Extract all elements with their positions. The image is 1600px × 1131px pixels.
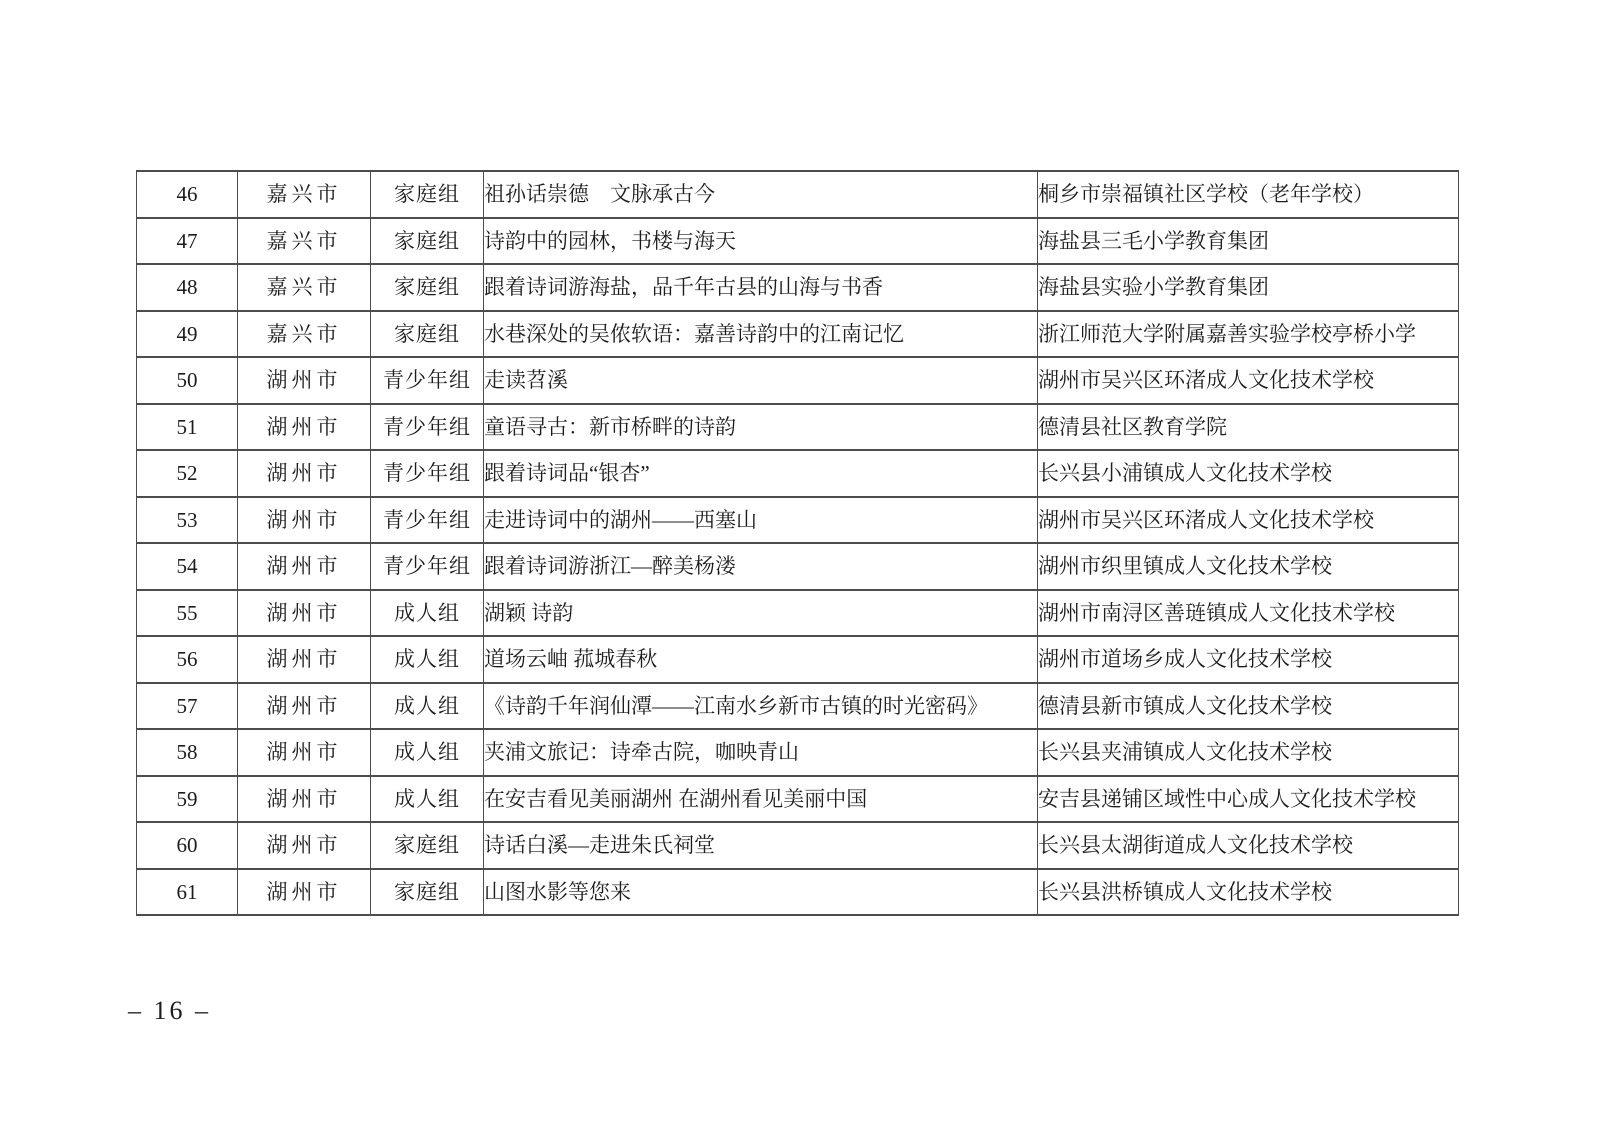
group-cell: 成人组 <box>371 636 484 683</box>
row-number-cell: 54 <box>137 543 238 590</box>
row-number-cell: 51 <box>137 404 238 451</box>
table-row: 55 湖州市 成人组 湖颖 诗韵 湖州市南浔区善琏镇成人文化技术学校 <box>137 590 1459 637</box>
title-cell: 跟着诗词游浙江—醉美杨溇 <box>484 543 1038 590</box>
school-cell: 长兴县小浦镇成人文化技术学校 <box>1038 450 1459 497</box>
table-row: 53 湖州市 青少年组 走进诗词中的湖州——西塞山 湖州市吴兴区环渚成人文化技术… <box>137 497 1459 544</box>
table-row: 50 湖州市 青少年组 走读苕溪 湖州市吴兴区环渚成人文化技术学校 <box>137 357 1459 404</box>
group-cell: 青少年组 <box>371 543 484 590</box>
title-cell: 在安吉看见美丽湖州 在湖州看见美丽中国 <box>484 776 1038 823</box>
title-cell: 水巷深处的吴侬软语：嘉善诗韵中的江南记忆 <box>484 311 1038 358</box>
city-cell: 湖州市 <box>238 450 371 497</box>
group-cell: 青少年组 <box>371 357 484 404</box>
city-cell: 湖州市 <box>238 729 371 776</box>
school-cell: 湖州市吴兴区环渚成人文化技术学校 <box>1038 497 1459 544</box>
row-number-cell: 47 <box>137 218 238 265</box>
table-row: 61 湖州市 家庭组 山图水影等您来 长兴县洪桥镇成人文化技术学校 <box>137 869 1459 916</box>
city-cell: 嘉兴市 <box>238 311 371 358</box>
row-number-cell: 48 <box>137 264 238 311</box>
school-cell: 长兴县太湖街道成人文化技术学校 <box>1038 822 1459 869</box>
title-cell: 《诗韵千年润仙潭——江南水乡新市古镇的时光密码》 <box>484 683 1038 730</box>
title-cell: 跟着诗词品“银杏” <box>484 450 1038 497</box>
title-cell: 诗韵中的园林，书楼与海天 <box>484 218 1038 265</box>
group-cell: 青少年组 <box>371 450 484 497</box>
city-cell: 湖州市 <box>238 497 371 544</box>
row-number-cell: 57 <box>137 683 238 730</box>
table-row: 59 湖州市 成人组 在安吉看见美丽湖州 在湖州看见美丽中国 安吉县递铺区域性中… <box>137 776 1459 823</box>
title-cell: 道场云岫 菰城春秋 <box>484 636 1038 683</box>
school-cell: 湖州市道场乡成人文化技术学校 <box>1038 636 1459 683</box>
group-cell: 家庭组 <box>371 311 484 358</box>
city-cell: 嘉兴市 <box>238 264 371 311</box>
group-cell: 成人组 <box>371 776 484 823</box>
school-cell: 海盐县三毛小学教育集团 <box>1038 218 1459 265</box>
school-cell: 长兴县夹浦镇成人文化技术学校 <box>1038 729 1459 776</box>
row-number-cell: 58 <box>137 729 238 776</box>
row-number-cell: 59 <box>137 776 238 823</box>
table-row: 54 湖州市 青少年组 跟着诗词游浙江—醉美杨溇 湖州市织里镇成人文化技术学校 <box>137 543 1459 590</box>
city-cell: 湖州市 <box>238 357 371 404</box>
group-cell: 家庭组 <box>371 822 484 869</box>
table-row: 56 湖州市 成人组 道场云岫 菰城春秋 湖州市道场乡成人文化技术学校 <box>137 636 1459 683</box>
city-cell: 湖州市 <box>238 590 371 637</box>
school-cell: 桐乡市崇福镇社区学校（老年学校） <box>1038 171 1459 218</box>
school-cell: 浙江师范大学附属嘉善实验学校亭桥小学 <box>1038 311 1459 358</box>
table-row: 51 湖州市 青少年组 童语寻古：新市桥畔的诗韵 德清县社区教育学院 <box>137 404 1459 451</box>
title-cell: 夹浦文旅记：诗牵古院，咖映青山 <box>484 729 1038 776</box>
title-cell: 童语寻古：新市桥畔的诗韵 <box>484 404 1038 451</box>
school-cell: 德清县社区教育学院 <box>1038 404 1459 451</box>
table-row: 52 湖州市 青少年组 跟着诗词品“银杏” 长兴县小浦镇成人文化技术学校 <box>137 450 1459 497</box>
page-number: – 16 – <box>128 996 211 1026</box>
school-cell: 安吉县递铺区域性中心成人文化技术学校 <box>1038 776 1459 823</box>
title-cell: 诗话白溪—走进朱氏祠堂 <box>484 822 1038 869</box>
row-number-cell: 50 <box>137 357 238 404</box>
city-cell: 湖州市 <box>238 636 371 683</box>
title-cell: 走读苕溪 <box>484 357 1038 404</box>
city-cell: 湖州市 <box>238 869 371 916</box>
table-row: 46 嘉兴市 家庭组 祖孙话崇德 文脉承古今 桐乡市崇福镇社区学校（老年学校） <box>137 171 1459 218</box>
awards-table-body: 46 嘉兴市 家庭组 祖孙话崇德 文脉承古今 桐乡市崇福镇社区学校（老年学校） … <box>137 171 1459 915</box>
table-row: 47 嘉兴市 家庭组 诗韵中的园林，书楼与海天 海盐县三毛小学教育集团 <box>137 218 1459 265</box>
group-cell: 成人组 <box>371 590 484 637</box>
row-number-cell: 52 <box>137 450 238 497</box>
city-cell: 湖州市 <box>238 822 371 869</box>
group-cell: 家庭组 <box>371 218 484 265</box>
row-number-cell: 46 <box>137 171 238 218</box>
group-cell: 青少年组 <box>371 404 484 451</box>
group-cell: 青少年组 <box>371 497 484 544</box>
table-row: 60 湖州市 家庭组 诗话白溪—走进朱氏祠堂 长兴县太湖街道成人文化技术学校 <box>137 822 1459 869</box>
group-cell: 成人组 <box>371 683 484 730</box>
title-cell: 山图水影等您来 <box>484 869 1038 916</box>
row-number-cell: 61 <box>137 869 238 916</box>
title-cell: 湖颖 诗韵 <box>484 590 1038 637</box>
row-number-cell: 53 <box>137 497 238 544</box>
city-cell: 湖州市 <box>238 776 371 823</box>
title-cell: 跟着诗词游海盐，品千年古县的山海与书香 <box>484 264 1038 311</box>
row-number-cell: 49 <box>137 311 238 358</box>
school-cell: 德清县新市镇成人文化技术学校 <box>1038 683 1459 730</box>
city-cell: 湖州市 <box>238 543 371 590</box>
table-row: 57 湖州市 成人组 《诗韵千年润仙潭——江南水乡新市古镇的时光密码》 德清县新… <box>137 683 1459 730</box>
school-cell: 湖州市吴兴区环渚成人文化技术学校 <box>1038 357 1459 404</box>
school-cell: 海盐县实验小学教育集团 <box>1038 264 1459 311</box>
school-cell: 长兴县洪桥镇成人文化技术学校 <box>1038 869 1459 916</box>
table-row: 48 嘉兴市 家庭组 跟着诗词游海盐，品千年古县的山海与书香 海盐县实验小学教育… <box>137 264 1459 311</box>
city-cell: 湖州市 <box>238 683 371 730</box>
group-cell: 成人组 <box>371 729 484 776</box>
row-number-cell: 55 <box>137 590 238 637</box>
group-cell: 家庭组 <box>371 171 484 218</box>
table-row: 49 嘉兴市 家庭组 水巷深处的吴侬软语：嘉善诗韵中的江南记忆 浙江师范大学附属… <box>137 311 1459 358</box>
row-number-cell: 60 <box>137 822 238 869</box>
school-cell: 湖州市织里镇成人文化技术学校 <box>1038 543 1459 590</box>
group-cell: 家庭组 <box>371 869 484 916</box>
city-cell: 嘉兴市 <box>238 218 371 265</box>
row-number-cell: 56 <box>137 636 238 683</box>
title-cell: 祖孙话崇德 文脉承古今 <box>484 171 1038 218</box>
awards-table: 46 嘉兴市 家庭组 祖孙话崇德 文脉承古今 桐乡市崇福镇社区学校（老年学校） … <box>136 170 1459 916</box>
document-page: 46 嘉兴市 家庭组 祖孙话崇德 文脉承古今 桐乡市崇福镇社区学校（老年学校） … <box>0 0 1600 1131</box>
title-cell: 走进诗词中的湖州——西塞山 <box>484 497 1038 544</box>
school-cell: 湖州市南浔区善琏镇成人文化技术学校 <box>1038 590 1459 637</box>
group-cell: 家庭组 <box>371 264 484 311</box>
city-cell: 嘉兴市 <box>238 171 371 218</box>
table-row: 58 湖州市 成人组 夹浦文旅记：诗牵古院，咖映青山 长兴县夹浦镇成人文化技术学… <box>137 729 1459 776</box>
city-cell: 湖州市 <box>238 404 371 451</box>
